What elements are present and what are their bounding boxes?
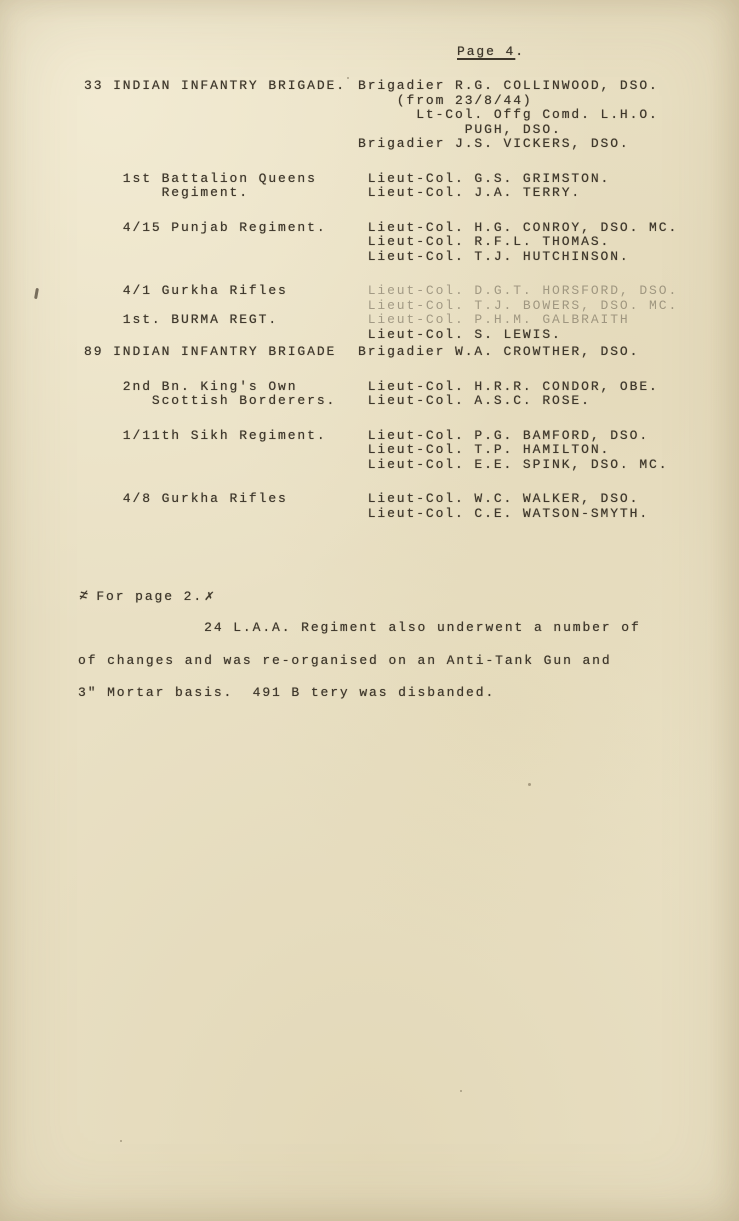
officer-name-line: Lieut-Col. P.G. BAMFORD, DSO. xyxy=(358,429,721,444)
roster-section: 89 INDIAN INFANTRY BRIGADEBrigadier W.A.… xyxy=(84,345,721,360)
officer-name-line: Lieut-Col. R.F.L. THOMAS. xyxy=(358,235,721,250)
officer-column: Lieut-Col. P.G. BAMFORD, DSO. Lieut-Col.… xyxy=(358,429,721,473)
unit-name-line: 4/1 Gurkha Rifles xyxy=(84,284,358,299)
officer-column: Brigadier R.G. COLLINWOOD, DSO. (from 23… xyxy=(358,79,721,152)
officer-name-line: Lieut-Col. H.G. CONROY, DSO. MC. xyxy=(358,221,721,236)
officer-name-line: Lieut-Col. P.H.M. GALBRAITH xyxy=(358,313,721,328)
officer-name-line: Lieut-Col. E.E. SPINK, DSO. MC. xyxy=(358,458,721,473)
officer-name-line: Brigadier R.G. COLLINWOOD, DSO. xyxy=(358,79,721,94)
unit-name-line: 1st Battalion Queens xyxy=(84,172,358,187)
roster-section: 4/1 Gurkha Rifles 1st. BURMA REGT. Lieut… xyxy=(84,284,721,342)
paragraph-line: of changes and was re-organised on an An… xyxy=(78,645,715,678)
paper-speck xyxy=(460,1090,462,1092)
officer-name-line: Lieut-Col. T.J. BOWERS, DSO. MC. xyxy=(358,299,721,314)
officer-name-line: Lt-Col. Offg Comd. L.H.O. xyxy=(358,108,721,123)
body-paragraph: 24 L.A.A. Regiment also underwent a numb… xyxy=(78,612,715,710)
unit-column: 89 INDIAN INFANTRY BRIGADE xyxy=(84,345,358,360)
unit-column: 4/8 Gurkha Rifles xyxy=(84,492,358,521)
officer-name-line: Lieut-Col. T.J. HUTCHINSON. xyxy=(358,250,721,265)
officer-column: Lieut-Col. H.G. CONROY, DSO. MC. Lieut-C… xyxy=(358,221,721,265)
unit-column: 4/15 Punjab Regiment. xyxy=(84,221,358,265)
paper-speck xyxy=(120,1140,122,1142)
unit-name-line: 4/8 Gurkha Rifles xyxy=(84,492,358,507)
unit-name-line: 4/15 Punjab Regiment. xyxy=(84,221,358,236)
officer-column: Lieut-Col. G.S. GRIMSTON. Lieut-Col. J.A… xyxy=(358,172,721,201)
unit-name-line: Scottish Borderers. xyxy=(84,394,358,409)
officer-name-line: Lieut-Col. C.E. WATSON-SMYTH. xyxy=(358,507,721,522)
officer-name-line: Lieut-Col. G.S. GRIMSTON. xyxy=(358,172,721,187)
officer-column: Lieut-Col. W.C. WALKER, DSO. Lieut-Col. … xyxy=(358,492,721,521)
paper-speck xyxy=(528,783,531,786)
strikethrough-mark-lead: ≠ xyxy=(77,587,91,607)
unit-name-line: 33 INDIAN INFANTRY BRIGADE. xyxy=(84,79,358,94)
unit-column: 1/11th Sikh Regiment. xyxy=(84,429,358,473)
document-page: Page 4. 33 INDIAN INFANTRY BRIGADE.Briga… xyxy=(0,0,739,1221)
page-number-underlined: Page 4 xyxy=(457,44,515,59)
page-title: Page 4. xyxy=(457,44,525,59)
officer-name-line: Brigadier J.S. VICKERS, DSO. xyxy=(358,137,721,152)
roster-section: 1st Battalion Queens Regiment. Lieut-Col… xyxy=(84,172,721,201)
officer-name-line: Lieut-Col. A.S.C. ROSE. xyxy=(358,394,721,409)
unit-name-line: 2nd Bn. King's Own xyxy=(84,380,358,395)
stray-ink-mark xyxy=(34,288,39,299)
strikethrough-mark-tail: ✗ xyxy=(204,588,217,605)
unit-column: 4/1 Gurkha Rifles 1st. BURMA REGT. xyxy=(84,284,358,342)
officer-name-line: Lieut-Col. H.R.R. CONDOR, OBE. xyxy=(358,380,721,395)
officer-roster: 33 INDIAN INFANTRY BRIGADE.Brigadier R.G… xyxy=(84,79,721,521)
paragraph-line: 3" Mortar basis. 491 B tery was disbande… xyxy=(78,677,715,710)
officer-name-line: Lieut-Col. T.P. HAMILTON. xyxy=(358,443,721,458)
paragraph-line: 24 L.A.A. Regiment also underwent a numb… xyxy=(78,612,715,645)
roster-section: 33 INDIAN INFANTRY BRIGADE.Brigadier R.G… xyxy=(84,79,721,152)
roster-section: 2nd Bn. King's Own Scottish Borderers. L… xyxy=(84,380,721,409)
officer-name-line: Brigadier W.A. CROWTHER, DSO. xyxy=(358,345,721,360)
officer-name-line: Lieut-Col. D.G.T. HORSFORD, DSO. xyxy=(358,284,721,299)
unit-column: 2nd Bn. King's Own Scottish Borderers. xyxy=(84,380,358,409)
footnote-text: For page 2. xyxy=(96,589,203,604)
unit-name-line xyxy=(84,299,358,314)
officer-name-line: (from 23/8/44) xyxy=(358,94,721,109)
officer-name-line: Lieut-Col. J.A. TERRY. xyxy=(358,186,721,201)
roster-section: 4/15 Punjab Regiment. Lieut-Col. H.G. CO… xyxy=(84,221,721,265)
unit-column: 1st Battalion Queens Regiment. xyxy=(84,172,358,201)
unit-name-line: Regiment. xyxy=(84,186,358,201)
unit-column: 33 INDIAN INFANTRY BRIGADE. xyxy=(84,79,358,152)
roster-section: 1/11th Sikh Regiment. Lieut-Col. P.G. BA… xyxy=(84,429,721,473)
officer-column: Brigadier W.A. CROWTHER, DSO. xyxy=(358,345,721,360)
officer-name-line: Lieut-Col. S. LEWIS. xyxy=(358,328,721,343)
unit-name-line: 1st. BURMA REGT. xyxy=(84,313,358,328)
officer-column: Lieut-Col. H.R.R. CONDOR, OBE. Lieut-Col… xyxy=(358,380,721,409)
page-number-suffix: . xyxy=(515,44,525,59)
officer-name-line: Lieut-Col. W.C. WALKER, DSO. xyxy=(358,492,721,507)
unit-name-line: 89 INDIAN INFANTRY BRIGADE xyxy=(84,345,358,360)
paper-speck xyxy=(347,77,349,79)
officer-column: Lieut-Col. D.G.T. HORSFORD, DSO. Lieut-C… xyxy=(358,284,721,342)
officer-name-line: PUGH, DSO. xyxy=(358,123,721,138)
roster-section: 4/8 Gurkha Rifles Lieut-Col. W.C. WALKER… xyxy=(84,492,721,521)
unit-name-line: 1/11th Sikh Regiment. xyxy=(84,429,358,444)
footnote-annotation: ≠For page 2.✗ xyxy=(79,588,215,605)
